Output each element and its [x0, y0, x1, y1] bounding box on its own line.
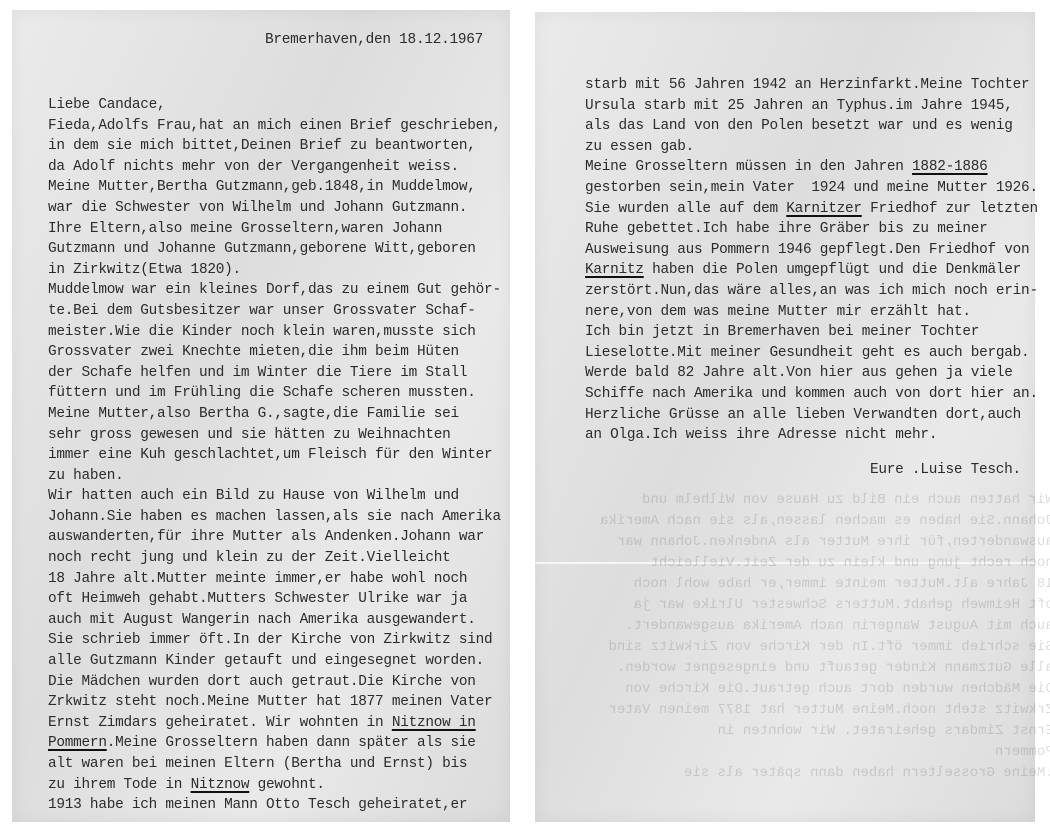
line: sehr gross gewesen und sie hätten zu Wei… — [48, 427, 451, 443]
line: Muddelmow war ein kleines Dorf,das zu ei… — [48, 282, 501, 298]
line: Die Mädchen wurden dort auch getraut.Die… — [48, 674, 476, 690]
line: .Meine Grosseltern haben dann später als… — [107, 735, 476, 751]
line: Fieda,Adolfs Frau,hat an mich einen Brie… — [48, 118, 501, 134]
dateline: Bremerhaven,den 18.12.1967 — [265, 30, 483, 51]
line: Herzliche Grüsse an alle lieben Verwandt… — [585, 407, 1021, 423]
line: te.Bei dem Gutsbesitzer war unser Grossv… — [48, 303, 476, 319]
line: starb mit 56 Jahren 1942 an Herzinfarkt.… — [585, 77, 1029, 93]
line: auch mit August Wangerin nach Amerika au… — [48, 612, 476, 628]
line: nere,von dem was meine Mutter mir erzähl… — [585, 304, 971, 320]
line: Friedhof zur letzten — [862, 201, 1038, 217]
line: Meine Mutter,also Bertha G.,sagte,die Fa… — [48, 406, 459, 422]
line: Meine Grosseltern müssen in den Jahren — [585, 159, 912, 175]
line: war die Schwester von Wilhelm und Johann… — [48, 200, 467, 216]
line: da Adolf nichts mehr von der Vergangenhe… — [48, 159, 459, 175]
line: Schiffe nach Amerika und kommen auch von… — [585, 386, 1038, 402]
line: Sie schrieb immer öft.In der Kirche von … — [48, 632, 492, 648]
line: Liebe Candace, — [48, 97, 165, 113]
line: in Zirkwitz(Etwa 1820). — [48, 262, 241, 278]
letter-body-page-2: starb mit 56 Jahren 1942 an Herzinfarkt.… — [585, 75, 1038, 446]
line: haben die Polen umgepflügt und die Denkm… — [644, 262, 1021, 278]
underlined-place-pommern: Pommern — [48, 735, 107, 751]
bleed-through-text: Wir hatten auch ein Bild zu Hause von Wi… — [600, 490, 1050, 784]
line: 1913 habe ich meinen Mann Otto Tesch geh… — [48, 797, 467, 813]
underlined-place-nitznow: Nitznow — [191, 777, 250, 793]
signature: Eure .Luise Tesch. — [870, 460, 1021, 481]
line: noch recht jung und klein zu der Zeit.Vi… — [48, 550, 451, 566]
line: Ruhe gebettet.Ich habe ihre Gräber bis z… — [585, 221, 988, 237]
line: auswanderten,für ihre Mutter als Andenke… — [48, 529, 484, 545]
line: Ausweisung aus Pommern 1946 gepflegt.Den… — [585, 242, 1029, 258]
line: der Schafe helfen und im Winter die Tier… — [48, 365, 467, 381]
line: Lieselotte.Mit meiner Gesundheit geht es… — [585, 345, 1029, 361]
line: immer eine Kuh geschlachtet,um Fleisch f… — [48, 447, 492, 463]
line: an Olga.Ich weiss ihre Adresse nicht meh… — [585, 427, 937, 443]
line: alle Gutzmann Kinder getauft und eingese… — [48, 653, 484, 669]
line: zu haben. — [48, 468, 123, 484]
underlined-place-nitznow-in: Nitznow in — [392, 715, 476, 731]
line: Ursula starb mit 25 Jahren an Typhus.im … — [585, 98, 1013, 114]
underlined-place-karnitzer: Karnitzer — [786, 201, 861, 217]
underlined-years: 1882-1886 — [912, 159, 987, 175]
line: oft Heimweh gehabt.Mutters Schwester Ulr… — [48, 591, 467, 607]
line: Johann.Sie haben es machen lassen,als si… — [48, 509, 501, 525]
line: zu essen gab. — [585, 139, 694, 155]
line: in dem sie mich bittet,Deinen Brief zu b… — [48, 138, 476, 154]
underlined-place-karnitz: Karnitz — [585, 262, 644, 278]
line: Zrkwitz steht noch.Meine Mutter hat 1877… — [48, 694, 492, 710]
line: 18 Jahre alt.Mutter meinte immer,er habe… — [48, 571, 467, 587]
line: Werde bald 82 Jahre alt.Von hier aus geh… — [585, 365, 1013, 381]
line: als das Land von den Polen besetzt war u… — [585, 118, 1013, 134]
line: gestorben sein,mein Vater 1924 und meine… — [585, 180, 1038, 196]
line: alt waren bei meinen Eltern (Bertha und … — [48, 756, 467, 772]
line: gewohnt. — [249, 777, 324, 793]
line: füttern und im Frühling die Schafe scher… — [48, 385, 476, 401]
line: Ernst Zimdars geheiratet. Wir wohnten in — [48, 715, 392, 731]
line: Ihre Eltern,also meine Grosseltern,waren… — [48, 221, 442, 237]
line: Grossvater zwei Knechte mieten,die ihm b… — [48, 344, 459, 360]
line: meister.Wie die Kinder noch klein waren,… — [48, 324, 476, 340]
letter-body-page-1: Liebe Candace, Fieda,Adolfs Frau,hat an … — [48, 95, 501, 816]
line: zu ihrem Tode in — [48, 777, 191, 793]
line: Ich bin jetzt in Bremerhaven bei meiner … — [585, 324, 979, 340]
line: Meine Mutter,Bertha Gutzmann,geb.1848,in… — [48, 179, 476, 195]
line: zerstört.Nun,das wäre alles,an was ich m… — [585, 283, 1038, 299]
line: Gutzmann und Johanne Gutzmann,geborene W… — [48, 241, 476, 257]
line: Sie wurden alle auf dem — [585, 201, 786, 217]
line: Wir hatten auch ein Bild zu Hause von Wi… — [48, 488, 459, 504]
